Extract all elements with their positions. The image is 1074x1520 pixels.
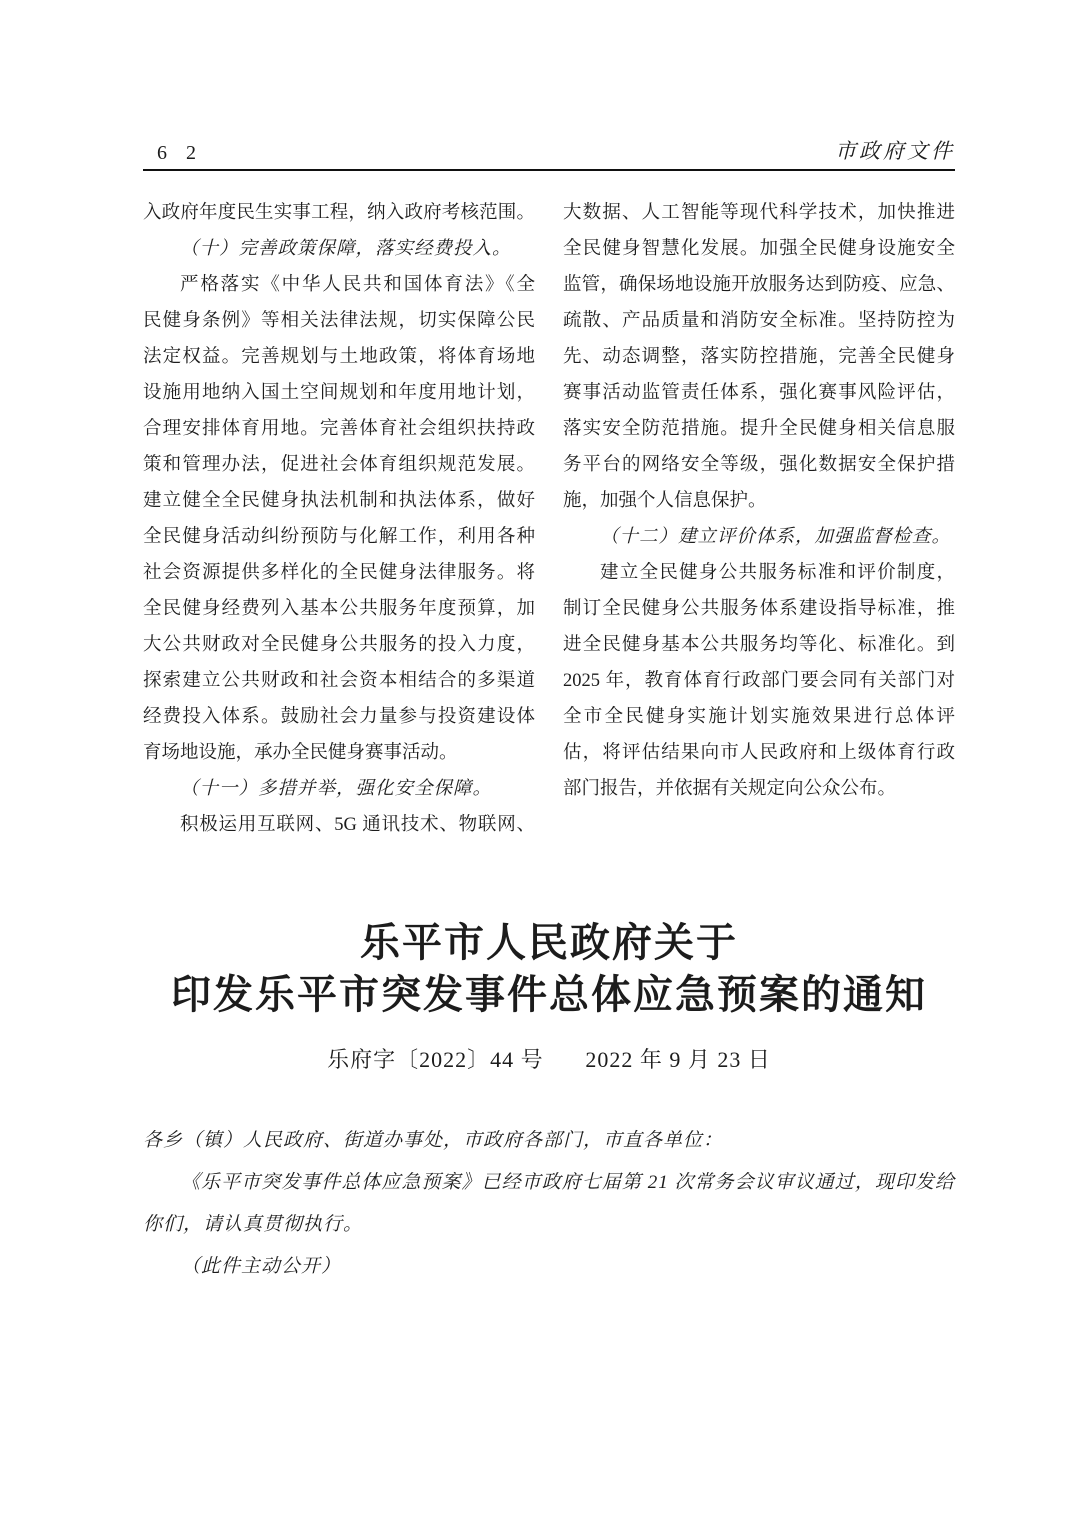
text-line: 合理安排体育用地。完善体育社会组织扶持政	[143, 411, 535, 447]
notice-title: 乐平市人民政府关于 印发乐平市突发事件总体应急预案的通知	[143, 917, 955, 1021]
text-line: 法定权益。完善规划与土地政策，将体育场地	[143, 339, 535, 375]
doc-number-line: 乐府字〔2022〕44 号 2022 年 9 月 23 日	[143, 1043, 955, 1074]
text-line: 制订全民健身公共服务体系建设指导标准，推	[563, 591, 955, 627]
right-column: 大数据、人工智能等现代科学技术，加快推进全民健身智慧化发展。加强全民健身设施安全…	[563, 195, 955, 843]
text-line: 经费投入体系。鼓励社会力量参与投资建设体	[143, 699, 535, 735]
notice-title-line1: 乐平市人民政府关于	[143, 917, 955, 969]
text-line: 全市全民健身实施计划实施效果进行总体评	[563, 699, 955, 735]
text-line: 落实安全防范措施。提升全民健身相关信息服	[563, 411, 955, 447]
section-heading-line: （十二）建立评价体系，加强监督检查。	[563, 519, 955, 555]
text-line: 大公共财政对全民健身公共服务的投入力度，	[143, 627, 535, 663]
notice-paragraph: 各乡（镇）人民政府、街道办事处，市政府各部门，市直各单位：	[143, 1120, 955, 1162]
text-line: 设施用地纳入国土空间规划和年度用地计划，	[143, 375, 535, 411]
text-line: 2025 年，教育体育行政部门要会同有关部门对	[563, 663, 955, 699]
text-line: 建立全民健身公共服务标准和评价制度，	[563, 555, 955, 591]
text-line: 全民健身智慧化发展。加强全民健身设施安全	[563, 231, 955, 267]
text-line: 进全民健身基本公共服务均等化、标准化。到	[563, 627, 955, 663]
left-column: 入政府年度民生实事工程，纳入政府考核范围。（十）完善政策保障，落实经费投入。严格…	[143, 195, 535, 843]
text-line: 严格落实《中华人民共和国体育法》《全	[143, 267, 535, 303]
text-line: 部门报告，并依据有关规定向公众公布。	[563, 771, 955, 807]
notice-paragraph: （此件主动公开）	[143, 1246, 955, 1288]
running-header: 6 2 市政府文件	[143, 135, 955, 165]
text-line: 建立健全全民健身执法机制和执法体系，做好	[143, 483, 535, 519]
text-line: 监管，确保场地设施开放服务达到防疫、应急、	[563, 267, 955, 303]
page-number: 6 2	[143, 142, 203, 165]
notice-title-line2: 印发乐平市突发事件总体应急预案的通知	[143, 969, 955, 1021]
header-doc-type: 市政府文件	[835, 135, 955, 165]
text-line: 策和管理办法，促进社会体育组织规范发展。	[143, 447, 535, 483]
doc-number: 乐府字〔2022〕44 号	[327, 1047, 544, 1072]
text-line: 入政府年度民生实事工程，纳入政府考核范围。	[143, 195, 535, 231]
text-line: 大数据、人工智能等现代科学技术，加快推进	[563, 195, 955, 231]
doc-date: 2022 年 9 月 23 日	[585, 1047, 771, 1072]
text-line: 社会资源提供多样化的全民健身法律服务。将	[143, 555, 535, 591]
text-line: 估，将评估结果向市人民政府和上级体育行政	[563, 735, 955, 771]
text-line: 务平台的网络安全等级，强化数据安全保护措	[563, 447, 955, 483]
text-line: 探索建立公共财政和社会资本相结合的多渠道	[143, 663, 535, 699]
two-column-body: 入政府年度民生实事工程，纳入政府考核范围。（十）完善政策保障，落实经费投入。严格…	[143, 195, 955, 843]
section-heading-line: （十）完善政策保障，落实经费投入。	[143, 231, 535, 267]
text-line: 民健身条例》等相关法律法规，切实保障公民	[143, 303, 535, 339]
text-line: 先、动态调整，落实防控措施，完善全民健身	[563, 339, 955, 375]
text-line: 育场地设施，承办全民健身赛事活动。	[143, 735, 535, 771]
notice-paragraph: 《乐平市突发事件总体应急预案》已经市政府七届第 21 次常务会议审议通过，现印发…	[143, 1162, 955, 1246]
text-line: 积极运用互联网、5G 通讯技术、物联网、	[143, 807, 535, 843]
document-page: 6 2 市政府文件 入政府年度民生实事工程，纳入政府考核范围。（十）完善政策保障…	[0, 0, 1074, 1520]
notice-body: 各乡（镇）人民政府、街道办事处，市政府各部门，市直各单位：《乐平市突发事件总体应…	[143, 1120, 955, 1288]
text-line: 全民健身经费列入基本公共服务年度预算，加	[143, 591, 535, 627]
header-rule	[143, 169, 955, 171]
section-heading-line: （十一）多措并举，强化安全保障。	[143, 771, 535, 807]
text-line: 施，加强个人信息保护。	[563, 483, 955, 519]
text-line: 赛事活动监管责任体系，强化赛事风险评估，	[563, 375, 955, 411]
notice-section: 乐平市人民政府关于 印发乐平市突发事件总体应急预案的通知 乐府字〔2022〕44…	[143, 917, 955, 1288]
text-line: 疏散、产品质量和消防安全标准。坚持防控为	[563, 303, 955, 339]
text-line: 全民健身活动纠纷预防与化解工作，利用各种	[143, 519, 535, 555]
